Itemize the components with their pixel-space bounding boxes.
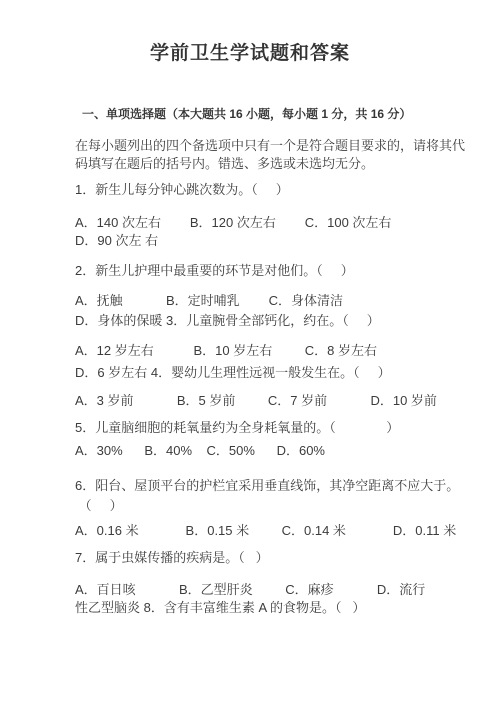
- exam-document-page: 学前卫生学试题和答案 一、单项选择题（本大题共 16 小题，每小题 1 分，共 …: [0, 0, 500, 707]
- question-2: 2．新生儿护理中最重要的环节是对他们。（ ）: [75, 262, 482, 280]
- question-3-options-abc: A．12 岁左右 B．10 岁左右 C．8 岁左右: [75, 342, 482, 360]
- instructions-line-2: 码填写在题后的括号内。错选、多选或未选均无分。: [75, 155, 482, 173]
- document-title: 学前卫生学试题和答案: [0, 42, 500, 66]
- question-2-option-d-and-question-3: D．身体的保暖 3．儿童腕骨全部钙化，约在。（ ）: [75, 312, 482, 330]
- question-1-options-abc: A．140 次左右 B．120 次左右 C．100 次左右: [75, 214, 482, 232]
- section-heading: 一、单项选择题（本大题共 16 小题，每小题 1 分，共 16 分）: [75, 105, 482, 123]
- question-2-options-abc: A．抚触 B．定时哺乳 C．身体清洁: [75, 292, 482, 310]
- question-7: 7．属于虫媒传播的疾病是。（ ）: [75, 549, 482, 567]
- question-6: 6．阳台、屋顶平台的护栏宜采用垂直线饰，其净空距离不应大于。: [75, 477, 482, 495]
- question-1-option-d: D．90 次左 右: [75, 232, 482, 250]
- question-1: 1．新生儿每分钟心跳次数为。（ ）: [75, 181, 482, 199]
- question-3-option-d-and-question-4: D．6 岁左右 4．婴幼儿生理性远视一般发生在。（ ）: [75, 364, 482, 382]
- question-7-options-abc-d: A．百日咳 B．乙型肝炎 C．麻疹 D．流行: [75, 581, 482, 599]
- question-5-options: A．30% B．40% C．50% D．60%: [75, 442, 482, 460]
- question-7-option-d-cont-and-question-8: 性乙型脑炎 8．含有丰富维生素 A 的食物是。（ ）: [75, 599, 482, 617]
- question-4-options: A．3 岁前 B．5 岁前 C．7 岁前 D．10 岁前: [75, 392, 482, 410]
- question-5: 5．儿童脑细胞的耗氧量约为全身耗氧量的。（ ）: [75, 419, 482, 437]
- question-6-answer-parens: （ ）: [75, 497, 482, 515]
- instructions-line-1: 在每小题列出的四个备选项中只有一个是符合题目要求的，请将其代: [75, 137, 482, 155]
- question-6-options: A．0.16 米 B．0.15 米 C．0.14 米 D．0.11 米: [75, 522, 482, 540]
